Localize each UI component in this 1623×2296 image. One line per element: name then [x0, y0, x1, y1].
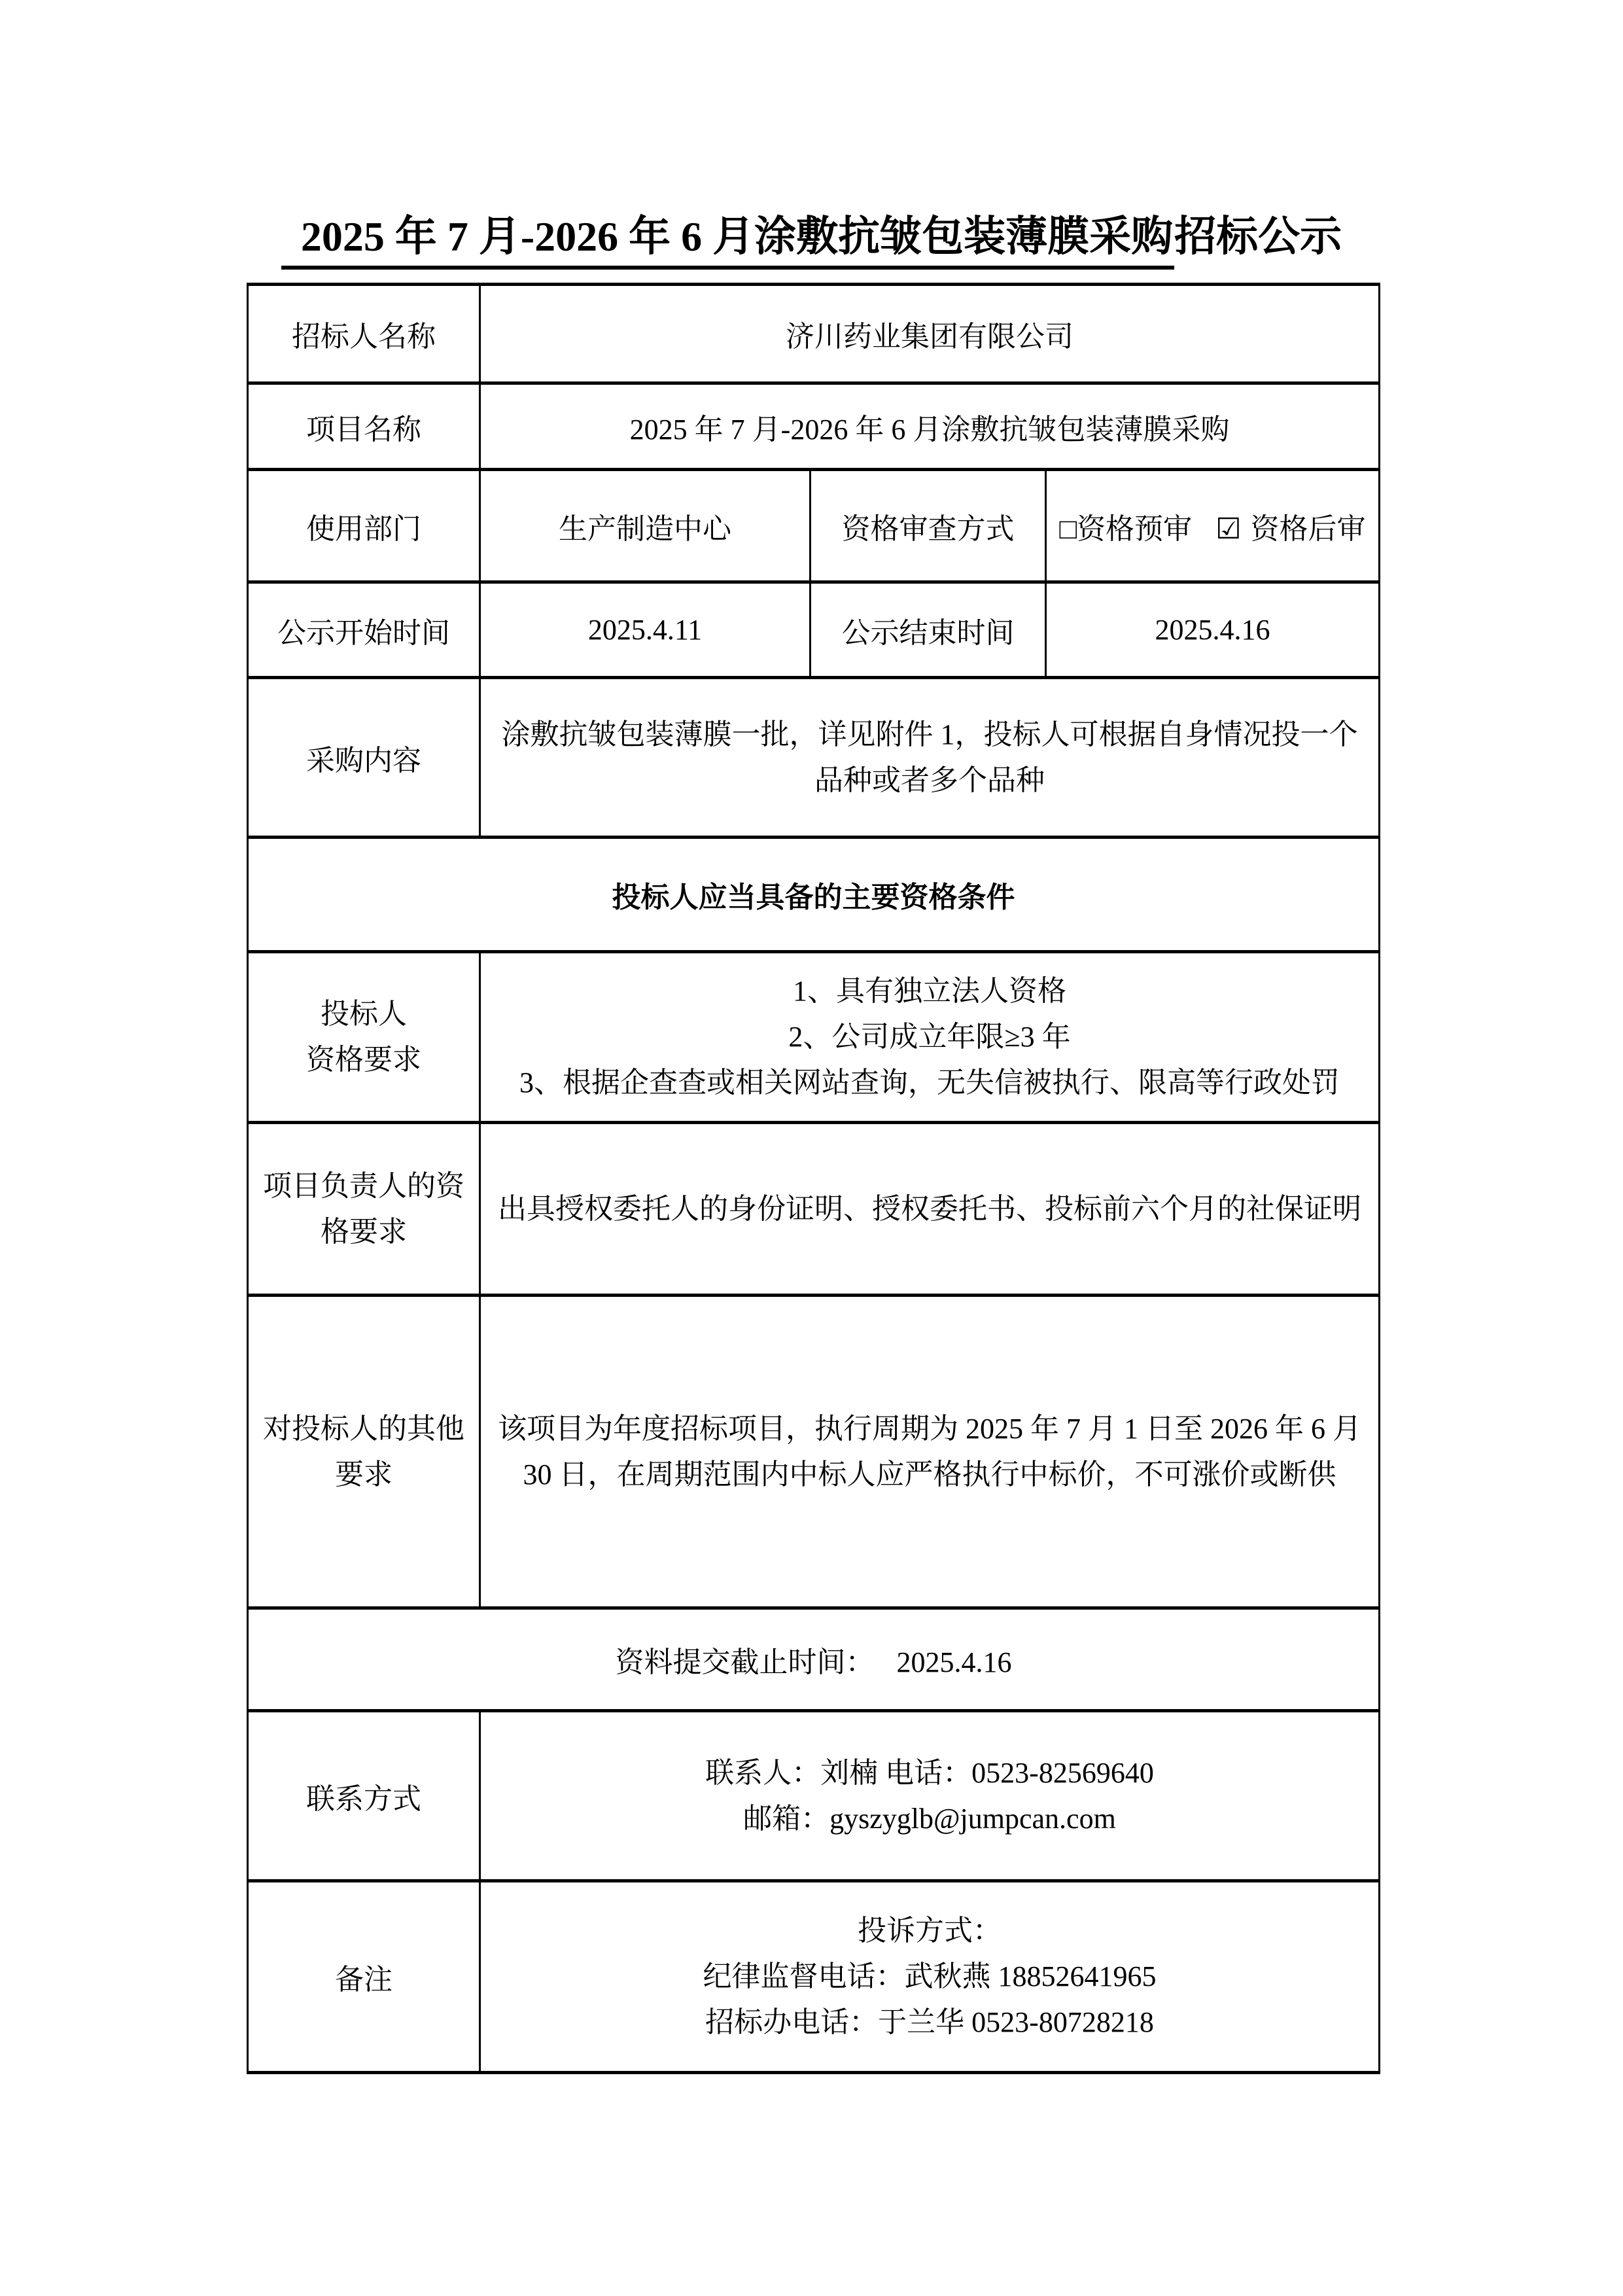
- postqualification-label: 资格后审: [1251, 513, 1366, 545]
- submission-deadline-value: 2025.4.16: [897, 1646, 1012, 1678]
- field-label-bidder-name: 招标人名称: [248, 285, 480, 383]
- page-title: 2025 年 7 月-2026 年 6 月涂敷抗皱包装薄膜采购招标公示: [0, 216, 1623, 270]
- table-row: 备注 投诉方式： 纪律监督电话：武秋燕 18852641965 招标办电话：于兰…: [248, 1881, 1380, 2073]
- checkbox-checked-icon: ☑: [1215, 512, 1241, 546]
- field-label-remarks: 备注: [248, 1881, 480, 2073]
- field-value-procurement-content: 涂敷抗皱包装薄膜一批，详见附件 1，投标人可根据自身情况投一个 品种或者多个品种: [480, 678, 1380, 838]
- field-label-procurement-content: 采购内容: [248, 678, 480, 838]
- field-value-project-manager-qualification: 出具授权委托人的身份证明、授权委托书、投标前六个月的社保证明: [480, 1123, 1380, 1296]
- field-value-publicity-end-time: 2025.4.16: [1046, 582, 1380, 678]
- field-label-publicity-start-time: 公示开始时间: [248, 582, 480, 678]
- field-label-publicity-end-time: 公示结束时间: [811, 582, 1046, 678]
- table-row: 对投标人的其他 要求 该项目为年度招标项目，执行周期为 2025 年 7 月 1…: [248, 1296, 1380, 1608]
- field-label-using-department: 使用部门: [248, 470, 480, 582]
- page-title-suffix: 招标公示: [1174, 216, 1342, 266]
- page-title-underlined-part: 2025 年 7 月-2026 年 6 月涂敷抗皱包装薄膜采购: [281, 216, 1174, 270]
- announcement-table: 招标人名称 济川药业集团有限公司 项目名称 2025 年 7 月-2026 年 …: [247, 283, 1380, 2074]
- table-row: 投标人应当具备的主要资格条件: [248, 838, 1380, 952]
- field-label-project-name: 项目名称: [248, 383, 480, 470]
- field-label-bidder-qualification: 投标人 资格要求: [248, 952, 480, 1123]
- table-row: 项目名称 2025 年 7 月-2026 年 6 月涂敷抗皱包装薄膜采购: [248, 383, 1380, 470]
- document-page: { "title": { "underlined": "2025 年 7 月-2…: [0, 0, 1623, 2296]
- field-submission-deadline: 资料提交截止时间：2025.4.16: [248, 1608, 1380, 1711]
- field-value-publicity-start-time: 2025.4.11: [480, 582, 811, 678]
- field-value-using-department: 生产制造中心: [480, 470, 811, 582]
- table-row: 使用部门 生产制造中心 资格审查方式 □资格预审☑资格后审: [248, 470, 1380, 582]
- prequalification-label: 资格预审: [1077, 513, 1192, 545]
- table-row: 联系方式 联系人：刘楠 电话：0523-82569640 邮箱：gyszyglb…: [248, 1711, 1380, 1881]
- field-label-other-bidder-requirements: 对投标人的其他 要求: [248, 1296, 480, 1608]
- table-row: 项目负责人的资 格要求 出具授权委托人的身份证明、授权委托书、投标前六个月的社保…: [248, 1123, 1380, 1296]
- submission-deadline-label: 资料提交截止时间：: [616, 1646, 875, 1678]
- table-row: 公示开始时间 2025.4.11 公示结束时间 2025.4.16: [248, 582, 1380, 678]
- table-row: 资料提交截止时间：2025.4.16: [248, 1608, 1380, 1711]
- field-value-contact-info: 联系人：刘楠 电话：0523-82569640 邮箱：gyszyglb@jump…: [480, 1711, 1380, 1881]
- field-label-qualification-review-method: 资格审查方式: [811, 470, 1046, 582]
- table-row: 招标人名称 济川药业集团有限公司: [248, 285, 1380, 383]
- prequalification-option: □资格预审: [1059, 513, 1192, 545]
- field-value-bidder-name: 济川药业集团有限公司: [480, 285, 1380, 383]
- section-header-qualification-conditions: 投标人应当具备的主要资格条件: [248, 838, 1380, 952]
- field-value-other-bidder-requirements: 该项目为年度招标项目，执行周期为 2025 年 7 月 1 日至 2026 年 …: [480, 1296, 1380, 1608]
- checkbox-unchecked-icon: □: [1059, 512, 1077, 546]
- field-value-project-name: 2025 年 7 月-2026 年 6 月涂敷抗皱包装薄膜采购: [480, 383, 1380, 470]
- field-value-bidder-qualification: 1、具有独立法人资格 2、公司成立年限≥3 年 3、根据企查查或相关网站查询，无…: [480, 952, 1380, 1123]
- field-value-remarks: 投诉方式： 纪律监督电话：武秋燕 18852641965 招标办电话：于兰华 0…: [480, 1881, 1380, 2073]
- field-label-project-manager-qualification: 项目负责人的资 格要求: [248, 1123, 480, 1296]
- postqualification-option: ☑资格后审: [1215, 513, 1365, 545]
- table-row: 投标人 资格要求 1、具有独立法人资格 2、公司成立年限≥3 年 3、根据企查查…: [248, 952, 1380, 1123]
- field-value-qualification-review-method: □资格预审☑资格后审: [1046, 470, 1380, 582]
- table-row: 采购内容 涂敷抗皱包装薄膜一批，详见附件 1，投标人可根据自身情况投一个 品种或…: [248, 678, 1380, 838]
- field-label-contact-info: 联系方式: [248, 1711, 480, 1881]
